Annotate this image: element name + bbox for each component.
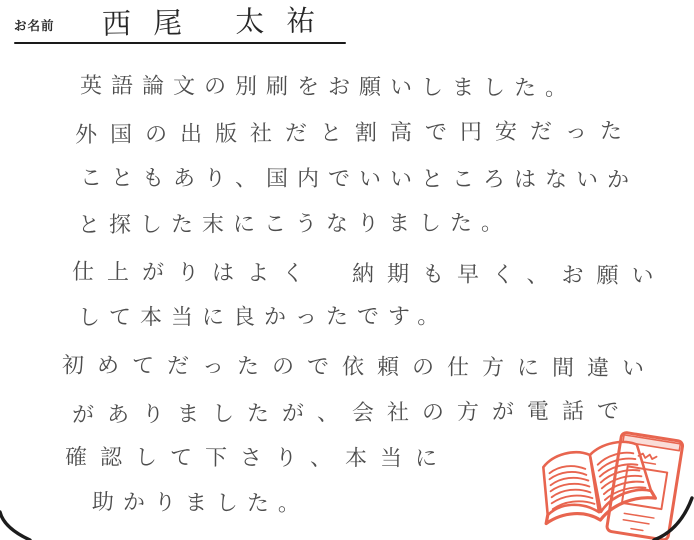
- message-line: こともあり、国内でいいところはないか: [80, 161, 638, 194]
- message-line: と探した末にこうなりました。: [78, 206, 512, 239]
- message-line: 初めてだったので依頼の仕方に間違い: [62, 348, 657, 382]
- card-corner-edge: [646, 492, 694, 540]
- message-line: して本当に良かったです。: [78, 299, 448, 331]
- message-line: 確認して下さり、本当に: [65, 440, 450, 472]
- message-line: 英語論文の別刷をお願いしました。: [80, 69, 576, 103]
- handwritten-name: 西尾 太祐: [102, 0, 338, 43]
- name-field-underline: [14, 42, 346, 44]
- message-line: がありましたが、会社の方が電話で: [72, 394, 632, 429]
- message-line: 助かりました。: [92, 485, 309, 518]
- message-line: 外国の出版社だと割高で円安だった: [75, 114, 635, 149]
- handwritten-feedback-card: お名前 西尾 太祐 英語論文の別刷をお願いしました。 外国の出版社だと割高で円安…: [0, 0, 694, 540]
- message-line: 仕上がりはよく 納期も早く、お願い: [72, 255, 667, 290]
- name-field-label: お名前: [14, 16, 55, 34]
- card-corner-edge: [0, 500, 40, 540]
